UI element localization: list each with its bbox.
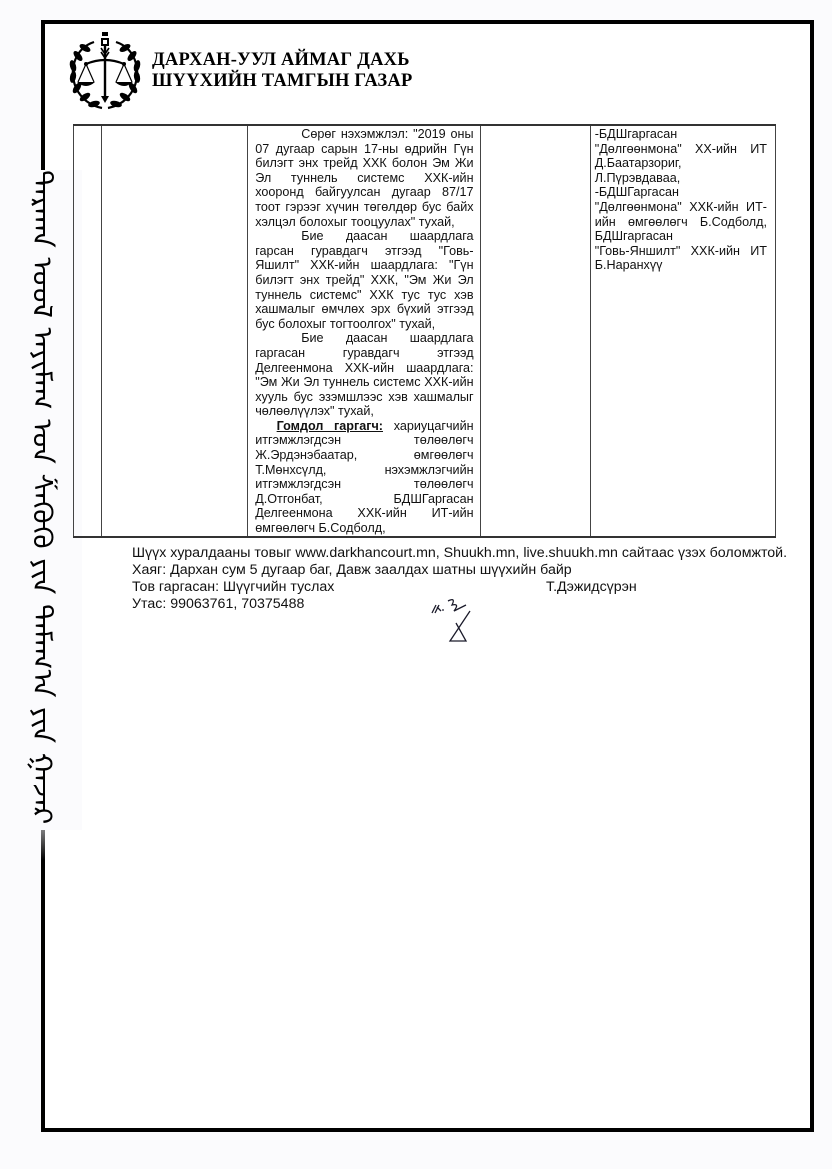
participant-line: Д.Баатарзориг, (595, 156, 767, 171)
organization-name-line-1: ДАРХАН-УУЛ АЙМАГ ДАХЬ (152, 50, 412, 71)
address-line: Хаяг: Дархан сум 5 дугаар баг, Давж заал… (132, 562, 792, 579)
participant-line: "Говь-Яншилт" ХХК-ийн ИТ (595, 244, 767, 259)
participant-line: Л.Пүрэвдаваа, (595, 171, 767, 186)
table-cell-case-info (102, 125, 248, 537)
handwritten-signature-icon (426, 597, 486, 647)
case-schedule-table: Сөрөг нэхэмжлэл: "2019 оны 07 дугаар сар… (73, 124, 776, 538)
table-cell-participants: -БДШгаргасан "Дөлгөөнмона" ХХ-ийн ИТ Д.Б… (590, 125, 775, 537)
table-cell-index (74, 125, 102, 537)
participant-line: ийн өмгөөлөгч Б.Содболд, (595, 215, 767, 230)
prepared-by-name: Т.Дэжидсүрэн (546, 579, 637, 596)
counterclaim-text: Сөрөг нэхэмжлэл: "2019 оны 07 дугаар сар… (255, 127, 473, 229)
complainant-label: Гомдол гаргагч: (277, 419, 383, 433)
mongolian-script-text: ᠳᠠᠷᠬᠠᠨ ᠤᠤᠯ ᠠᠶᠢᠮᠠᠭ ᠤᠨ ᠱᠡᠭᠦᠬᠦ ᠶᠢᠨ ᠲᠠᠮᠠᠭ᠎ᠠ … (28, 170, 55, 824)
participant-line: -БДШгаргасан (595, 127, 767, 142)
prepared-by-row: Тов гаргасан: Шүүгчийн туслах Т.Дэжидсүр… (132, 579, 792, 596)
mongolian-script-side-strip: ᠳᠠᠷᠬᠠᠨ ᠤᠤᠯ ᠠᠶᠢᠮᠠᠭ ᠤᠨ ᠱᠡᠭᠦᠬᠦ ᠶᠢᠨ ᠲᠠᠮᠠᠭ᠎ᠠ … (0, 170, 82, 830)
organization-name: ДАРХАН-УУЛ АЙМАГ ДАХЬ ШҮҮХИЙН ТАМГЫН ГАЗ… (152, 50, 412, 92)
participant-line: "Дөлгөөнмона" ХХК-ийн ИТ- (595, 200, 767, 215)
participant-line: БДШгаргасан (595, 229, 767, 244)
participant-line: -БДШГаргасан (595, 185, 767, 200)
third-party-claim-2-text: Бие даасан шаардлага гаргасан гуравдагч … (255, 331, 473, 419)
third-party-claim-1-text: Бие даасан шаардлага гарсан гуравдагч эт… (255, 229, 473, 331)
table-cell-judge (480, 125, 590, 537)
prepared-by-label: Тов гаргасан: Шүүгчийн туслах (132, 579, 334, 596)
organization-name-line-2: ШҮҮХИЙН ТАМГЫН ГАЗАР (152, 71, 412, 92)
table-row: Сөрөг нэхэмжлэл: "2019 оны 07 дугаар сар… (74, 125, 776, 537)
participant-line: Б.Наранхүү (595, 258, 767, 273)
complainant-paragraph: Гомдол гаргагч: хариуцагчийн итгэмжлэгдс… (255, 419, 473, 536)
participant-line: "Дөлгөөнмона" ХХ-ийн ИТ (595, 142, 767, 157)
complainant-text: хариуцагчийн итгэмжлэгдсэн төлөөлөгч Ж.Э… (255, 419, 473, 535)
table-cell-claims: Сөрөг нэхэмжлэл: "2019 оны 07 дугаар сар… (248, 125, 480, 537)
schedule-website-note: Шүүх хуралдааны товыг www.darkhancourt.m… (132, 545, 792, 562)
document-header: ДАРХАН-УУЛ АЙМАГ ДАХЬ ШҮҮХИЙН ТАМГЫН ГАЗ… (64, 30, 412, 112)
scales-of-justice-emblem-icon (64, 30, 146, 112)
